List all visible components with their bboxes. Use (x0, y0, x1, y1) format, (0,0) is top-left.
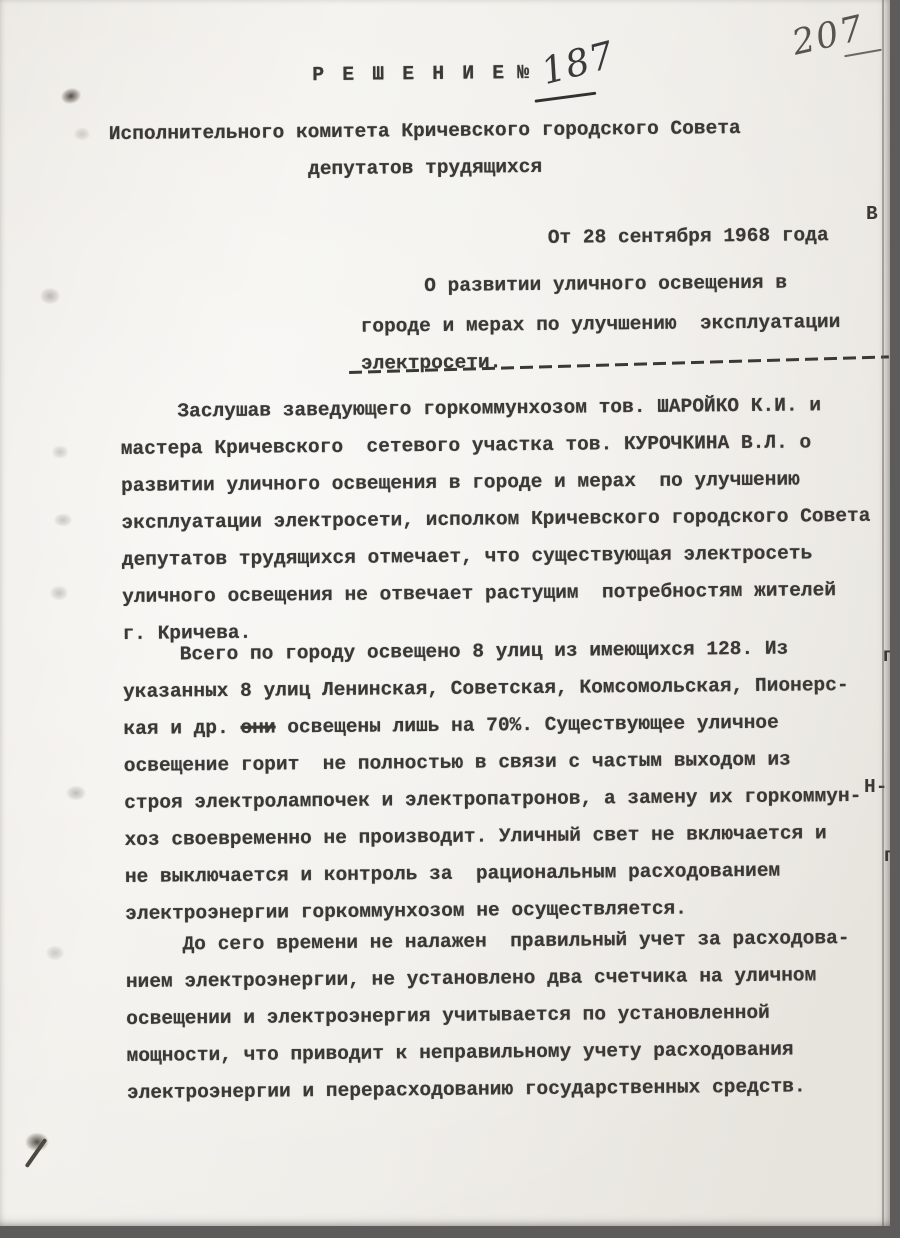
document-date: От 28 сентября 1968 года (548, 217, 829, 257)
organisation-line-1: Исполнительного комитета Кричевского гор… (91, 110, 759, 153)
paragraph-line: не выключается и контроль за рациональны… (125, 852, 890, 896)
paragraph-line: уличного освещения не отвечает растущим … (122, 572, 890, 616)
issuing-organisation: Исполнительного комитета Кричевского гор… (91, 110, 760, 190)
struck-out-word: они (240, 717, 275, 739)
subject-line-1: О развитии уличного освещения в (424, 265, 787, 305)
decision-title: Р Е Ш Е Н И Е№ (312, 62, 529, 87)
decision-title-text: Р Е Ш Е Н И Е (312, 62, 507, 87)
edge-bleed-letter: Н- (864, 776, 887, 798)
edge-bleed-letter: В (866, 203, 878, 225)
paragraph-line: электроэнергии и перерасходованию госуда… (127, 1068, 890, 1112)
paragraph-line: нием электроэнергии, не установлено два … (126, 957, 890, 1001)
subject-line-2: городе и мерах по улучшению эксплуатации (360, 304, 840, 346)
document-page: 207 Р Е Ш Е Н И Е№ 187 Исполнительного к… (0, 0, 890, 1226)
edge-bleed-letter: п (883, 645, 890, 667)
edge-bleed-letter: г (883, 845, 890, 867)
paragraph-2: Всего по городу освещено 8 улиц из имеющ… (123, 630, 890, 933)
paragraph-1: Заслушав заведующего горкоммунхозом тов.… (120, 387, 890, 653)
line-text: кая и др. (123, 717, 240, 740)
organisation-line-2: депутатов трудящихся (91, 147, 759, 190)
decision-number-underline (534, 92, 596, 103)
handwritten-decision-number: 187 (537, 33, 619, 93)
number-sign: № (517, 62, 529, 85)
subject-line-3: электросети. (361, 344, 502, 382)
line-text: освещены лишь на 70%. Существующее уличн… (275, 712, 778, 739)
scanned-archive-document: { "page_number": "207", "title": { "deci… (0, 0, 900, 1238)
paragraph-3: До сего времени не налажен правильный уч… (125, 920, 890, 1112)
typed-content: Р Е Ш Е Н И Е№ 187 Исполнительного комит… (0, 0, 890, 1226)
